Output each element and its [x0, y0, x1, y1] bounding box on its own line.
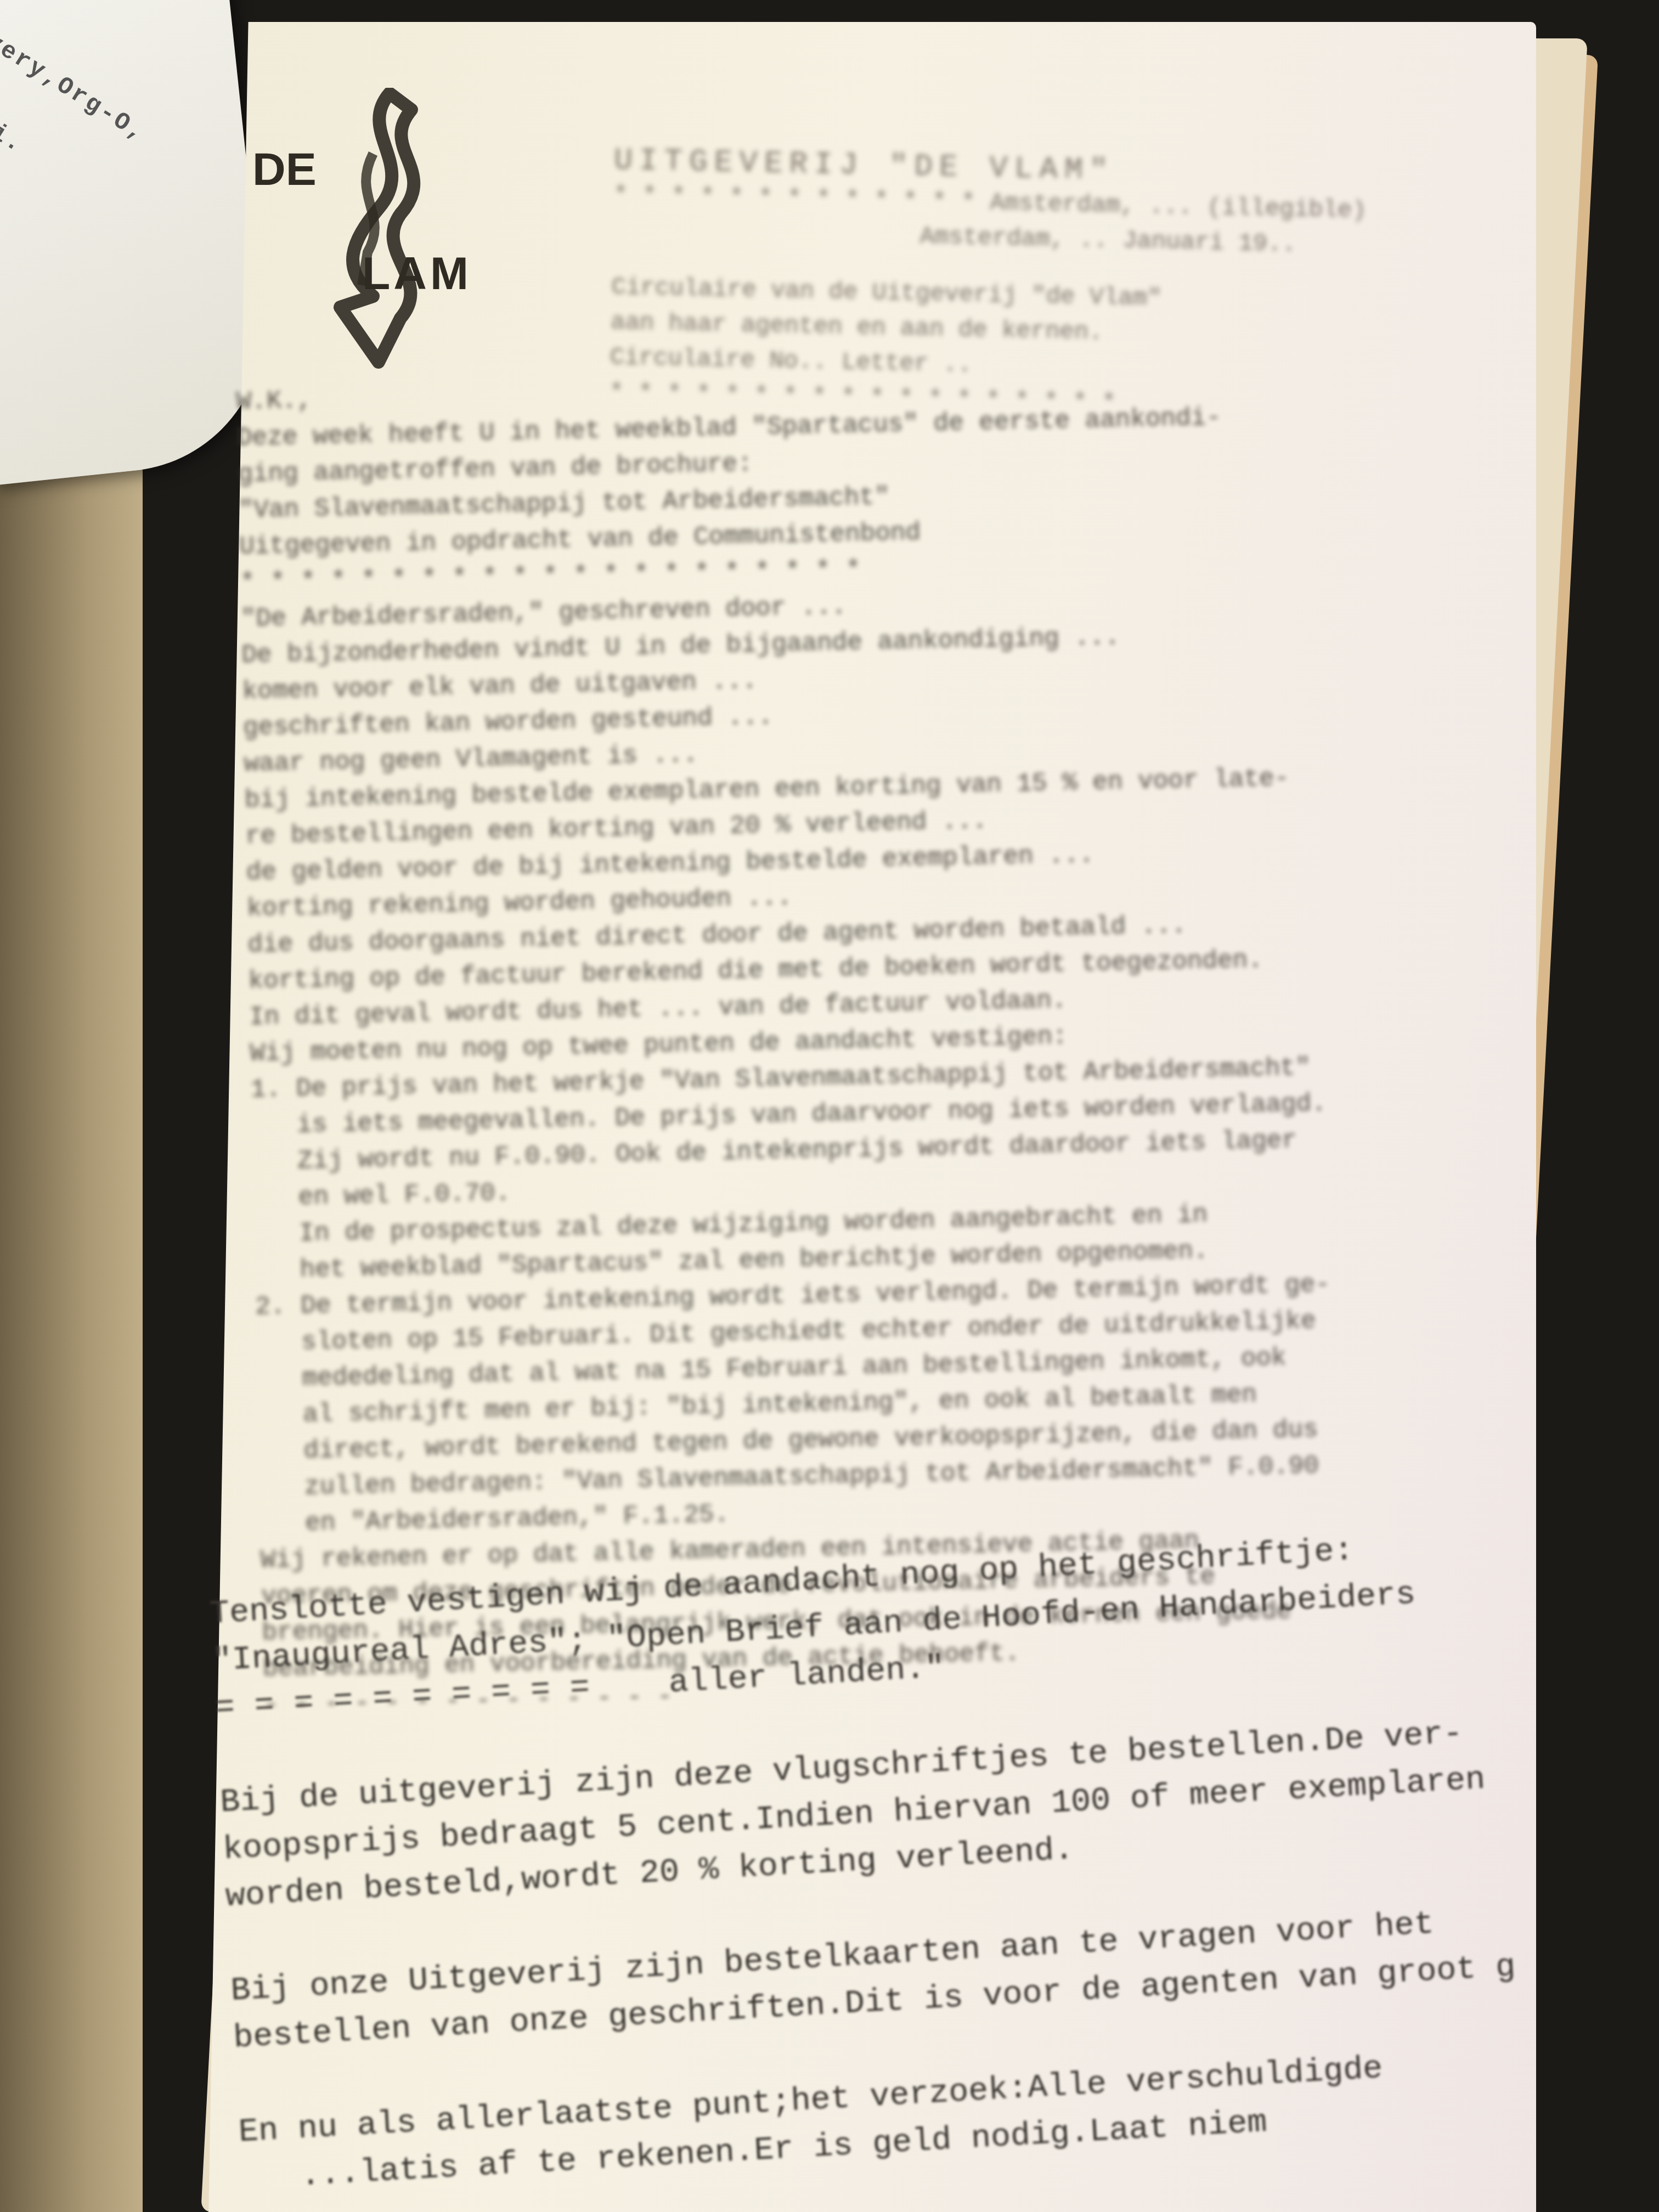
- previous-page-text: ntri.: [0, 92, 29, 160]
- flame-icon: [307, 88, 450, 373]
- letter-body-upper: W.K., Deze week heeft U in het weekblad …: [236, 358, 1526, 1724]
- logo-text-lam: LAM: [362, 247, 472, 300]
- body-paragraphs-blurred: Deze week heeft U in het weekblad "Spart…: [236, 394, 1525, 1724]
- letter-body-lower: Tenslotte vestigen wij de aandacht nog o…: [208, 1519, 1525, 2203]
- previous-page-text: very,Org-O,: [0, 27, 151, 148]
- logo-text-de: DE: [252, 143, 317, 196]
- previous-page: very,Org-O, ntri.: [0, 0, 278, 486]
- book-spine-background: [0, 384, 143, 2212]
- de-vlam-logo: DE LAM: [252, 121, 592, 351]
